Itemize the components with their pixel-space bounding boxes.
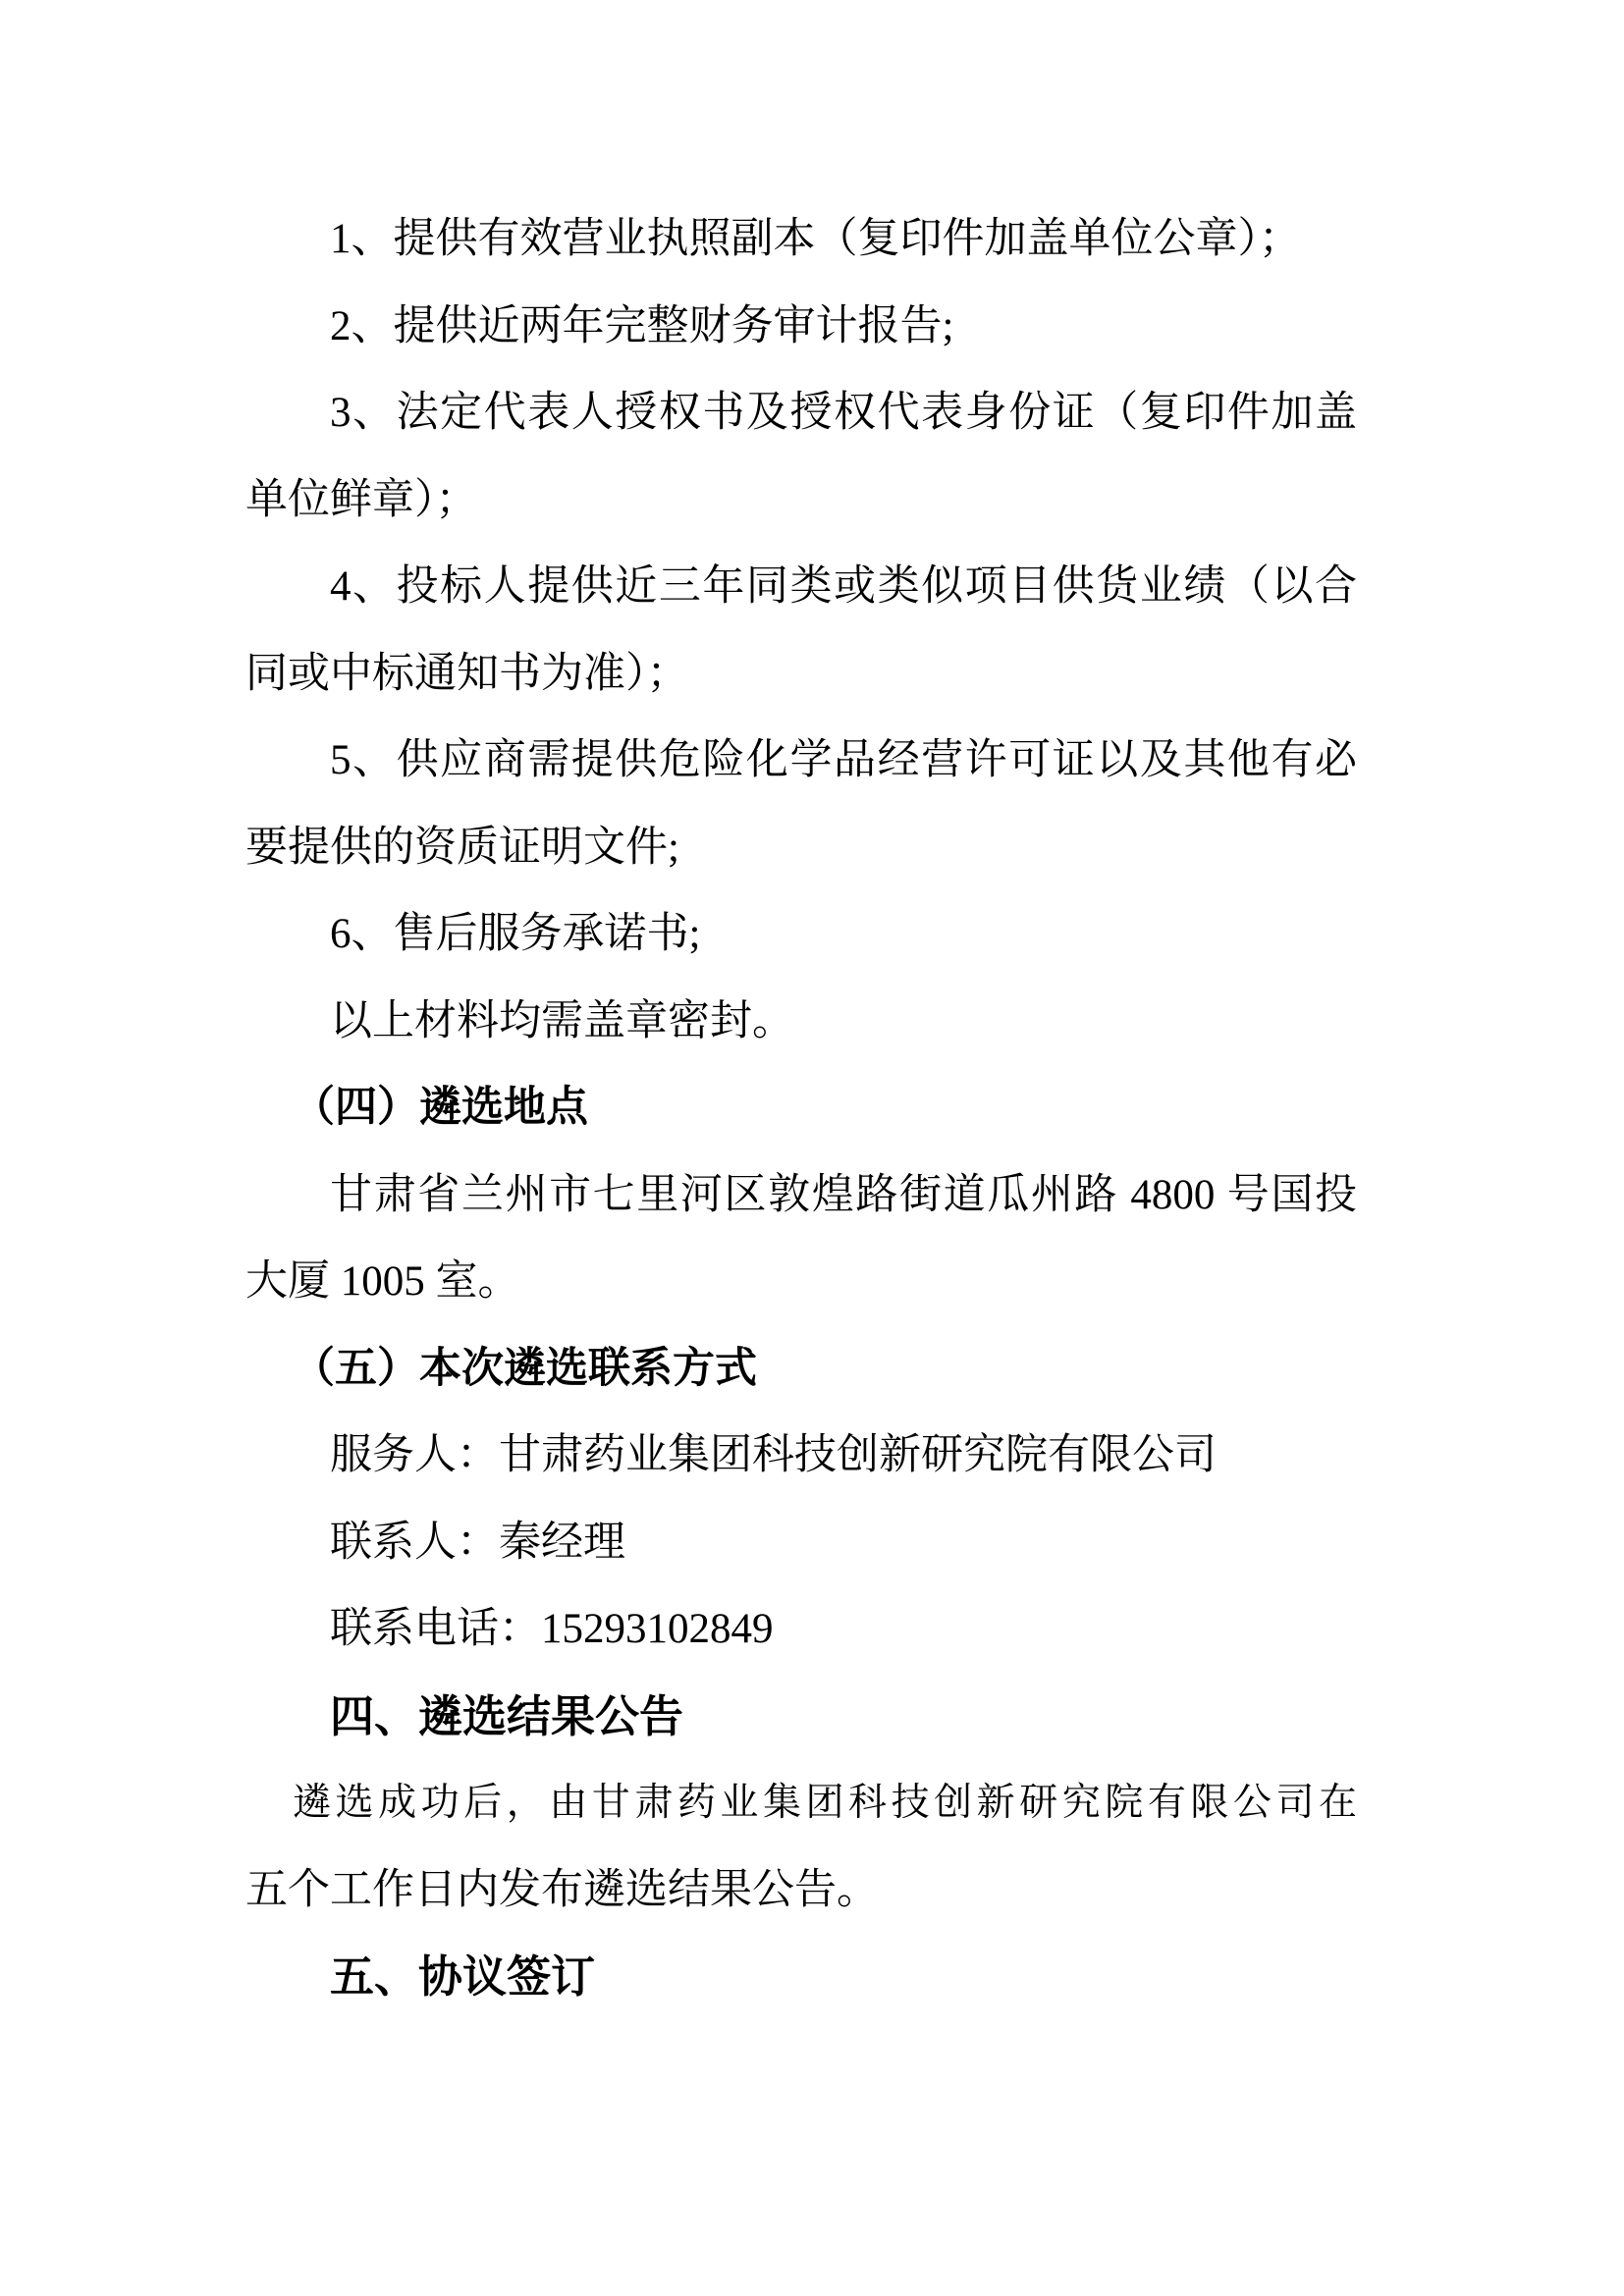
document-line-4: 单位鲜章）； — [245, 457, 1357, 545]
document-line-15: 服务人：甘肃药业集团科技创新研究院有限公司 — [245, 1413, 1357, 1500]
document-line-3: 3、法定代表人授权书及授权代表身份证（复印件加盖 — [245, 370, 1357, 457]
document-line-6: 同或中标通知书为准）； — [245, 631, 1357, 719]
document-line-11: （四）遴选地点 — [245, 1065, 1357, 1152]
document-line-21: 五、协议签订 — [245, 1934, 1357, 2021]
document-line-8: 要提供的资质证明文件; — [245, 805, 1357, 892]
document-body: 1、提供有效营业执照副本（复印件加盖单位公章）；2、提供近两年完整财务审计报告;… — [0, 0, 1624, 2021]
document-line-2: 2、提供近两年完整财务审计报告; — [245, 284, 1357, 371]
document-line-19: 遴选成功后，由甘肃药业集团科技创新研究院有限公司在 — [245, 1760, 1357, 1847]
document-page: 1、提供有效营业执照副本（复印件加盖单位公章）；2、提供近两年完整财务审计报告;… — [0, 0, 1624, 2296]
document-line-16: 联系人：秦经理 — [245, 1500, 1357, 1587]
document-line-9: 6、售后服务承诺书; — [245, 891, 1357, 979]
document-line-12: 甘肃省兰州市七里河区敦煌路街道瓜州路 4800 号国投 — [245, 1152, 1357, 1240]
document-line-7: 5、供应商需提供危险化学品经营许可证以及其他有必 — [245, 718, 1357, 805]
document-line-20: 五个工作日内发布遴选结果公告。 — [245, 1847, 1357, 1935]
document-line-18: 四、遴选结果公告 — [245, 1674, 1357, 1761]
document-line-13: 大厦 1005 室。 — [245, 1239, 1357, 1326]
document-line-17: 联系电话：15293102849 — [245, 1586, 1357, 1674]
document-line-5: 4、投标人提供近三年同类或类似项目供货业绩（以合 — [245, 544, 1357, 631]
document-line-10: 以上材料均需盖章密封。 — [245, 979, 1357, 1066]
document-line-14: （五）本次遴选联系方式 — [245, 1326, 1357, 1414]
document-line-1: 1、提供有效营业执照副本（复印件加盖单位公章）； — [245, 196, 1357, 284]
